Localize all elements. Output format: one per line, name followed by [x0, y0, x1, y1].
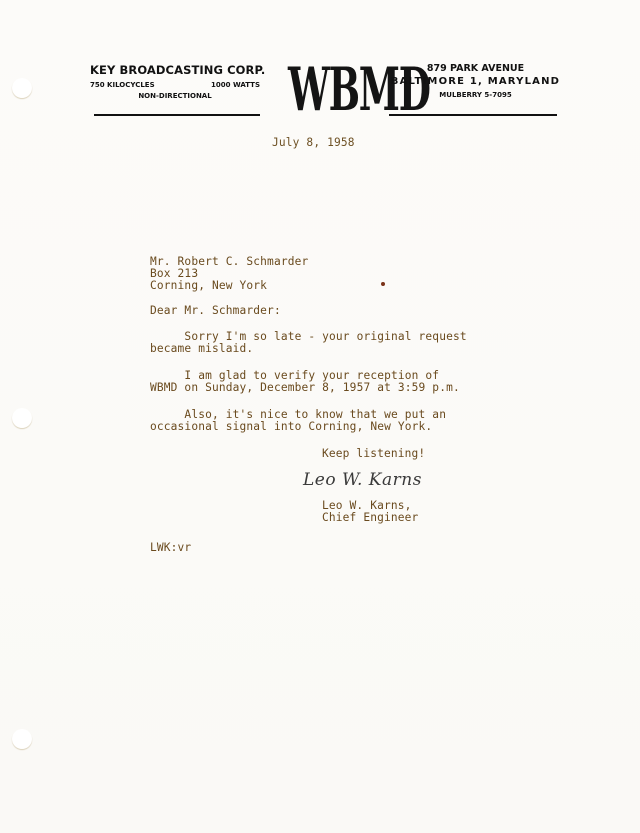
frequency: 750 KILOCYCLES [90, 81, 155, 89]
reference-initials: LWK:vr [150, 542, 191, 554]
letterhead-left: KEY BROADCASTING CORP. 750 KILOCYCLES 10… [90, 63, 260, 100]
paragraph: Also, it's nice to know that we put an o… [150, 409, 446, 433]
binder-hole [12, 408, 32, 428]
binder-hole [12, 729, 32, 749]
company-name: KEY BROADCASTING CORP. [90, 63, 260, 77]
closing: Keep listening! [322, 448, 425, 460]
signature-block: Leo W. Karns,Chief Engineer [322, 500, 418, 524]
signer-title: Chief Engineer [322, 512, 418, 524]
letter-date: July 8, 1958 [272, 137, 355, 149]
letterhead-right: 879 PARK AVENUE BALTIMORE 1, MARYLAND MU… [388, 63, 563, 99]
paragraph: Sorry I'm so late - your original reques… [150, 331, 467, 355]
salutation: Dear Mr. Schmarder: [150, 305, 281, 317]
letter-page: KEY BROADCASTING CORP. 750 KILOCYCLES 10… [0, 0, 640, 833]
antenna-type: NON-DIRECTIONAL [90, 92, 260, 100]
letterhead-rule-left [94, 114, 260, 116]
city-state: BALTIMORE 1, MARYLAND [388, 76, 563, 87]
recipient-city: Corning, New York [150, 280, 308, 292]
handwritten-signature: Leo W. Karns [303, 470, 483, 498]
recipient-address: Mr. Robert C. SchmarderBox 213Corning, N… [150, 256, 308, 292]
station-logo: WBMD [288, 46, 360, 134]
letterhead-rule-right [389, 114, 557, 116]
street-address: 879 PARK AVENUE [388, 63, 563, 74]
power: 1000 WATTS [211, 81, 260, 89]
phone-number: MULBERRY 5-7095 [388, 91, 563, 99]
ink-spot [381, 282, 385, 286]
paragraph: I am glad to verify your reception of WB… [150, 370, 460, 394]
binder-hole [12, 78, 32, 98]
